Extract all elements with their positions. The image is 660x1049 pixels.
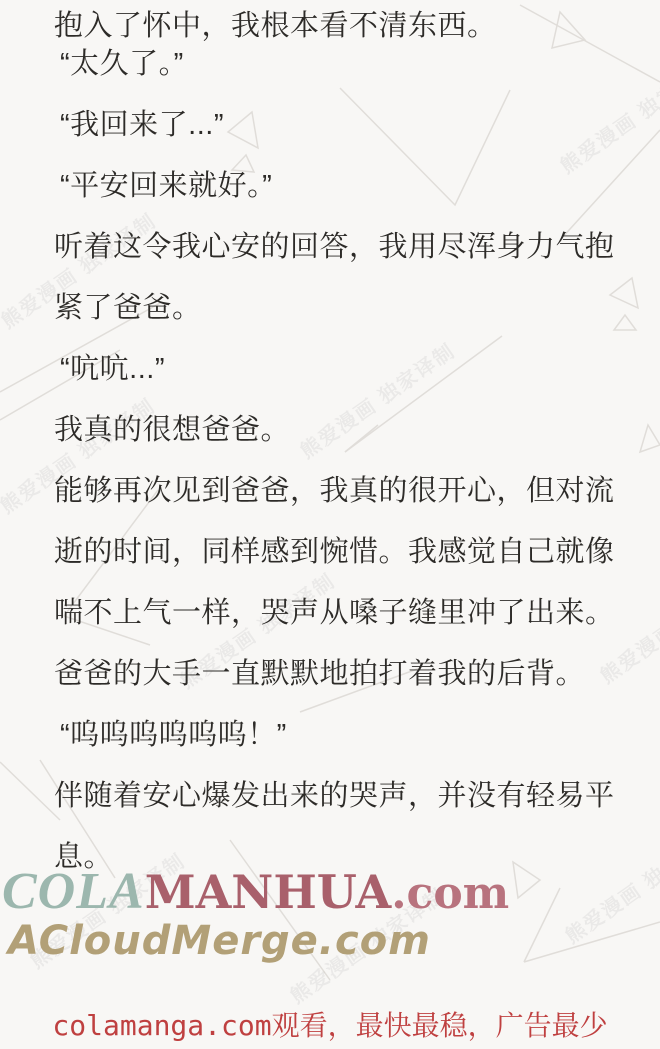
story-line: 能够再次见到爸爸，我真的很开心，但对流 [54,474,660,508]
story-line: “我回来了...” [60,108,660,142]
story-text-block: 抱入了怀中，我根本看不清东西。“太久了。”“我回来了...”“平安回来就好。”听… [0,0,660,874]
story-line: 紧了爸爸。 [54,291,660,325]
colamanhua-manhua-part: MANHUA [145,865,392,919]
story-line: 喘不上气一样，哭声从嗓子缝里冲了出来。 [54,596,660,630]
story-line: 我真的很想爸爸。 [54,413,660,447]
story-line: “呜呜呜呜呜呜！” [60,718,660,752]
colamanhua-cola-part: COLA [2,863,145,920]
story-line: 伴随着安心爆发出来的哭声，并没有轻易平 [54,779,660,813]
story-line: 爸爸的大手一直默默地拍打着我的后背。 [54,657,660,691]
manga-page: 熊爱漫画 独家译制 熊爱漫画 独家译制 熊爱漫画 独家译制 熊爱漫画 独家译制 … [0,0,660,1049]
story-line: “吭吭...” [60,352,660,386]
story-line: “太久了。” [60,47,660,81]
story-line: 抱入了怀中，我根本看不清东西。 [54,9,660,43]
story-line: “平安回来就好。” [60,169,660,203]
colamanhua-domain-part: .com [391,868,509,919]
story-line: 听着这令我心安的回答，我用尽浑身力气抱 [54,230,660,264]
story-line: 逝的时间，同样感到惋惜。我感觉自己就像 [54,535,660,569]
acloudmerge-watermark: ACloudMerge.com [8,918,431,964]
footer-promo-text: colamanga.com观看，最快最稳，广告最少 [0,1004,660,1044]
